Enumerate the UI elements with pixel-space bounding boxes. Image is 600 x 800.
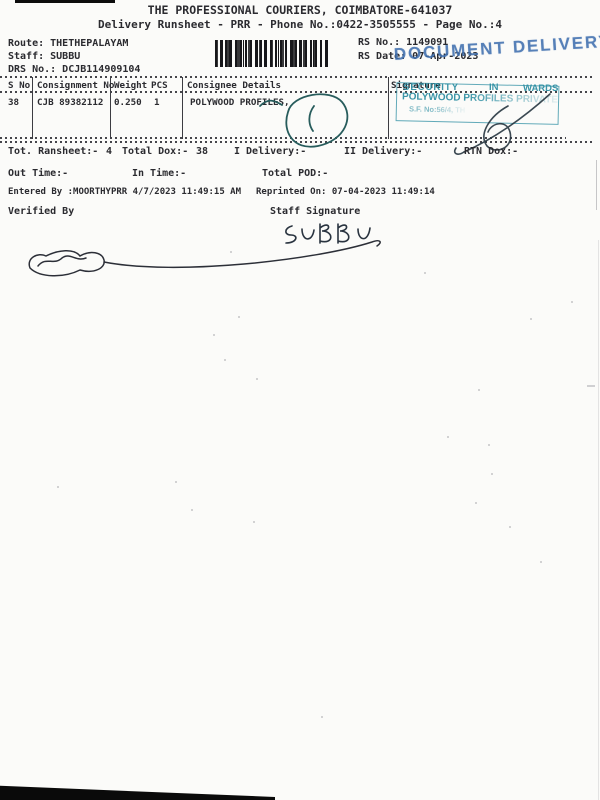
scan-speck <box>213 334 215 336</box>
runsheet-subtitle: Delivery Runsheet - PRR - Phone No.:0422… <box>0 19 600 31</box>
scan-speck <box>256 378 258 380</box>
scan-speck <box>509 526 511 528</box>
col-header-pcs: PCS <box>151 81 168 91</box>
tot-runsheet-label: Tot. Ransheet:- <box>8 146 98 157</box>
col-header-consignment: Consignment No <box>37 81 114 91</box>
verified-by-label: Verified By <box>8 206 74 217</box>
scan-speck <box>447 436 449 438</box>
row-consignment-no: CJB 89382112 <box>37 98 103 108</box>
in-time-label: In Time:- <box>132 168 186 179</box>
scan-speck <box>530 318 532 320</box>
scan-speck <box>224 359 226 361</box>
table-col-sep-1 <box>32 77 33 139</box>
staff-line: Staff: SUBBU <box>8 51 80 62</box>
company-title: THE PROFESSIONAL COURIERS, COIMBATORE-64… <box>0 4 600 17</box>
route-line: Route: THETHEPALAYAM <box>8 38 128 49</box>
col-header-weight: Weight <box>114 81 147 91</box>
col-header-sno: S No <box>8 81 30 91</box>
out-time-label: Out Time:- <box>8 168 68 179</box>
scan-mark-right <box>596 160 597 210</box>
tot-runsheet-value: 4 <box>106 146 112 157</box>
scan-speck <box>491 473 493 475</box>
total-dox-value: 38 <box>196 146 208 157</box>
entered-by-line: Entered By :MOORTHYPRR 4/7/2023 11:49:15… <box>8 187 241 197</box>
scan-speck <box>478 389 480 391</box>
scan-speck <box>57 486 59 488</box>
barcode-icon <box>215 40 328 67</box>
scan-edge-right <box>598 240 599 800</box>
scan-speck <box>475 502 477 504</box>
reprinted-on-line: Reprinted On: 07-04-2023 11:49:14 <box>256 187 435 197</box>
total-dox-label: Total Dox:- <box>122 146 188 157</box>
scan-speck <box>175 481 177 483</box>
scan-edge-bottom <box>0 785 275 800</box>
scan-edge-top <box>15 0 115 3</box>
table-top-rule <box>0 76 594 78</box>
scan-speck <box>238 316 240 318</box>
scan-speck <box>253 521 255 523</box>
row-sno: 38 <box>8 98 19 108</box>
staff-signature-handwriting <box>280 216 380 254</box>
table-col-sep-4 <box>388 77 389 139</box>
scan-speck <box>191 509 193 511</box>
scan-speck <box>571 301 573 303</box>
scan-speck <box>230 251 232 253</box>
scan-speck <box>540 561 542 563</box>
ii-delivery-label: II Delivery:- <box>344 146 422 157</box>
drs-no-line: DRS No.: DCJB114909104 <box>8 64 140 75</box>
scan-speck <box>321 716 323 718</box>
delivery-runsheet-page: THE PROFESSIONAL COURIERS, COIMBATORE-64… <box>0 0 600 800</box>
row-pcs: 1 <box>154 98 160 108</box>
total-pod-label: Total POD:- <box>262 168 328 179</box>
table-col-sep-3 <box>182 77 183 139</box>
i-delivery-label: I Delivery:- <box>234 146 306 157</box>
scan-speck <box>424 272 426 274</box>
scan-speck <box>488 444 490 446</box>
scan-mark-small <box>587 385 595 387</box>
rtn-dox-label: RTN Dox:- <box>464 146 518 157</box>
row-weight: 0.250 <box>114 98 142 108</box>
